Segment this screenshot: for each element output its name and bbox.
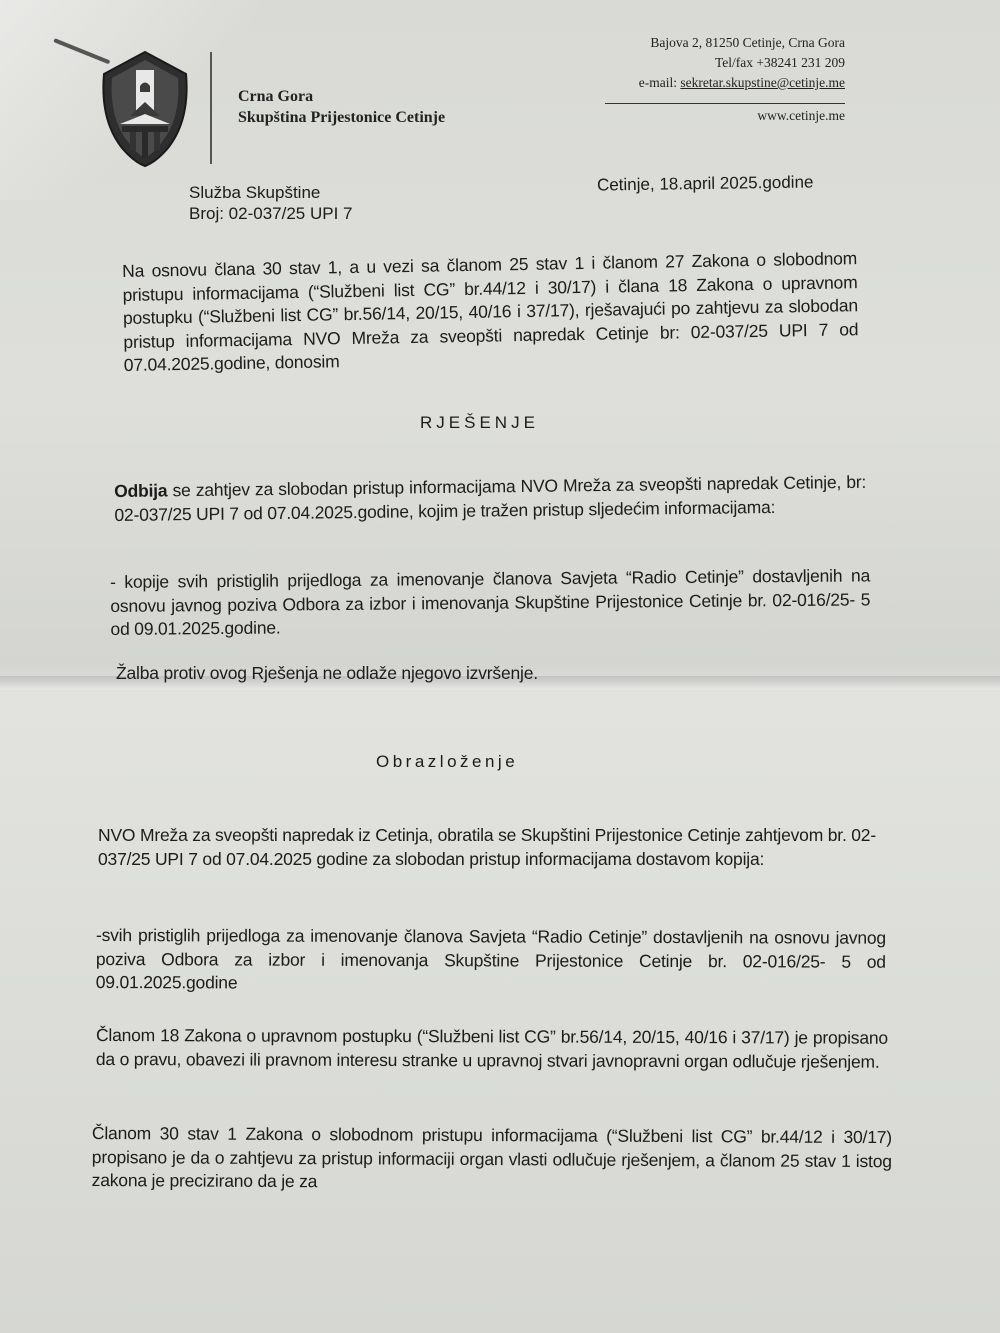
letterhead-organization: Crna Gora Skupština Prijestonice Cetinje (238, 86, 445, 128)
intro-paragraph: Na osnovu člana 30 stav 1, a u vezi sa č… (122, 247, 859, 377)
decision-heading: RJEŠENJE (420, 413, 539, 433)
address: Bajova 2, 81250 Cetinje, Crna Gora (605, 33, 845, 53)
letterhead-divider (210, 52, 212, 164)
decision-paragraph: Odbija se zahtjev za slobodan pristup in… (114, 471, 867, 527)
appeal-note: Žalba protiv ovog Rješenja ne odlaže nje… (116, 662, 836, 686)
contact-rule (605, 103, 845, 104)
website-link[interactable]: www.cetinje.me (605, 106, 845, 126)
document-number: Broj: 02-037/25 UPI 7 (189, 203, 352, 224)
email-label: e-mail: (639, 75, 681, 90)
document-meta: Služba Skupštine Broj: 02-037/25 UPI 7 (189, 182, 352, 224)
requested-item: - kopije svih pristiglih prijedloga za i… (110, 564, 871, 641)
country-name: Crna Gora (238, 86, 445, 107)
email-link[interactable]: sekretar.skupstine@cetinje.me (680, 75, 845, 90)
email-line: e-mail: sekretar.skupstine@cetinje.me (605, 73, 845, 93)
reasoning-paragraph: NVO Mreža za sveopšti napredak iz Cetinj… (98, 824, 878, 871)
letterhead-contact: Bajova 2, 81250 Cetinje, Crna Gora Tel/f… (605, 33, 845, 126)
reasoning-paragraph: -svih pristiglih prijedloga za imenovanj… (96, 924, 886, 997)
document-date: Cetinje, 18.april 2025.godine (597, 172, 814, 195)
shield-crest-icon (98, 50, 192, 168)
phone: Tel/fax +38241 231 209 (605, 53, 845, 73)
decision-lead: Odbija (114, 480, 167, 501)
decision-text: se zahtjev za slobodan pristup informaci… (114, 472, 866, 525)
institution-name: Skupština Prijestonice Cetinje (238, 107, 445, 128)
office-name: Služba Skupštine (189, 182, 352, 203)
reasoning-paragraph: Članom 30 stav 1 Zakona o slobodnom pris… (92, 1122, 892, 1197)
reasoning-heading: Obrazloženje (376, 752, 518, 772)
reasoning-paragraph: Članom 18 Zakona o upravnom postupku (“S… (96, 1024, 888, 1074)
